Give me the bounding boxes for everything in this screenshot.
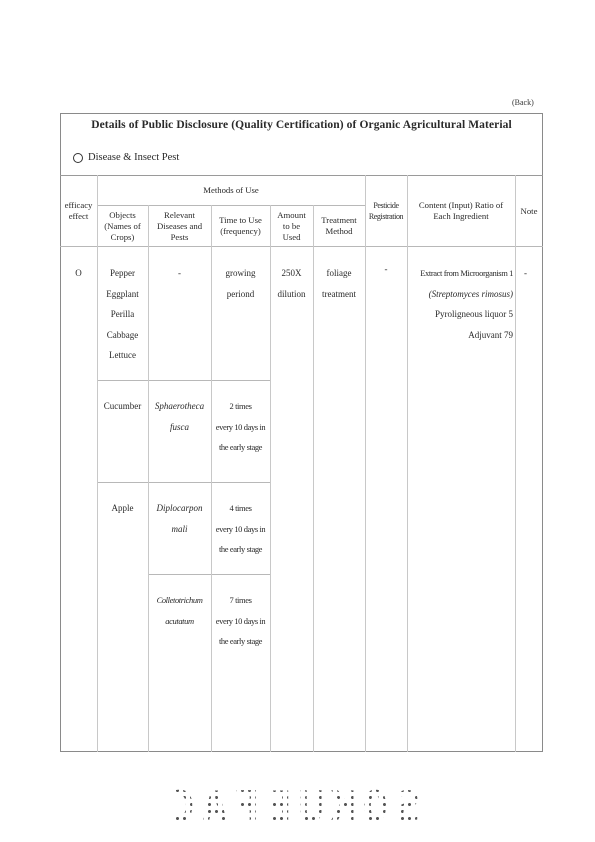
perforation-stamp: SOKUEFAC bbox=[170, 787, 420, 827]
stamp-letter: K bbox=[331, 787, 356, 827]
col-rule bbox=[148, 205, 149, 752]
treatment-value: foliagetreatment bbox=[313, 263, 365, 304]
content-value: Extract from Microorganism 1 (Streptomyc… bbox=[407, 263, 513, 345]
header-pesticide: PesticideRegistration bbox=[365, 176, 407, 246]
group-rule-1 bbox=[97, 380, 270, 381]
col-rule bbox=[515, 175, 516, 752]
time-group-1: growingperiond bbox=[211, 263, 270, 304]
group-rule-2 bbox=[97, 482, 270, 483]
col-rule bbox=[97, 175, 98, 752]
note-value: - bbox=[515, 263, 543, 284]
stamp-letter: S bbox=[395, 787, 420, 827]
page-side-label: (Back) bbox=[512, 98, 534, 107]
header-objects: Objects(Names ofCrops) bbox=[97, 206, 148, 246]
stamp-letter: A bbox=[202, 787, 227, 827]
pesticide-value: - bbox=[365, 259, 407, 280]
section-label: Disease & Insect Pest bbox=[88, 152, 179, 163]
crops-group-2: Cucumber bbox=[97, 396, 148, 417]
disease-group-2: Sphaerothecafusca bbox=[148, 396, 211, 437]
header-diseases: RelevantDiseases andPests bbox=[148, 206, 211, 246]
amount-value: 250Xdilution bbox=[270, 263, 313, 304]
group-rule-3 bbox=[148, 574, 270, 575]
stamp-letter: C bbox=[170, 787, 195, 827]
header-bottom-rule bbox=[60, 246, 543, 247]
stamp-letter: U bbox=[298, 787, 323, 827]
stamp-letter: E bbox=[266, 787, 291, 827]
header-time: Time to Use(frequency) bbox=[211, 206, 270, 246]
stamp-letter: F bbox=[234, 787, 259, 827]
header-treatment: TreatmentMethod bbox=[313, 206, 365, 246]
header-amount: Amountto beUsed bbox=[270, 206, 313, 246]
stamp-letter: O bbox=[363, 787, 388, 827]
circle-bullet-icon bbox=[73, 153, 83, 163]
crops-group-3: Apple bbox=[97, 498, 148, 519]
time-group-3: 4 timesevery 10 days inthe early stage bbox=[211, 498, 270, 560]
efficacy-value: O bbox=[60, 263, 97, 284]
crops-group-1: PepperEggplantPerillaCabbageLettuce bbox=[97, 263, 148, 366]
header-content: Content (Input) Ratio ofEach Ingredient bbox=[407, 176, 515, 246]
header-note: Note bbox=[515, 176, 543, 246]
disease-group-3: Diplocarponmali bbox=[148, 498, 211, 539]
col-rule bbox=[407, 175, 408, 752]
header-efficacy: efficacyeffect bbox=[60, 176, 97, 246]
header-methods-of-use: Methods of Use bbox=[97, 176, 365, 205]
document-title: Details of Public Disclosure (Quality Ce… bbox=[60, 119, 543, 131]
disease-group-4: Colletotrichumacutatum bbox=[148, 590, 211, 631]
disease-group-1: - bbox=[148, 263, 211, 284]
section-heading: Disease & Insect Pest bbox=[73, 152, 179, 163]
time-group-4: 7 timesevery 10 days inthe early stage bbox=[211, 590, 270, 652]
time-group-2: 2 timesevery 10 days inthe early stage bbox=[211, 396, 270, 458]
